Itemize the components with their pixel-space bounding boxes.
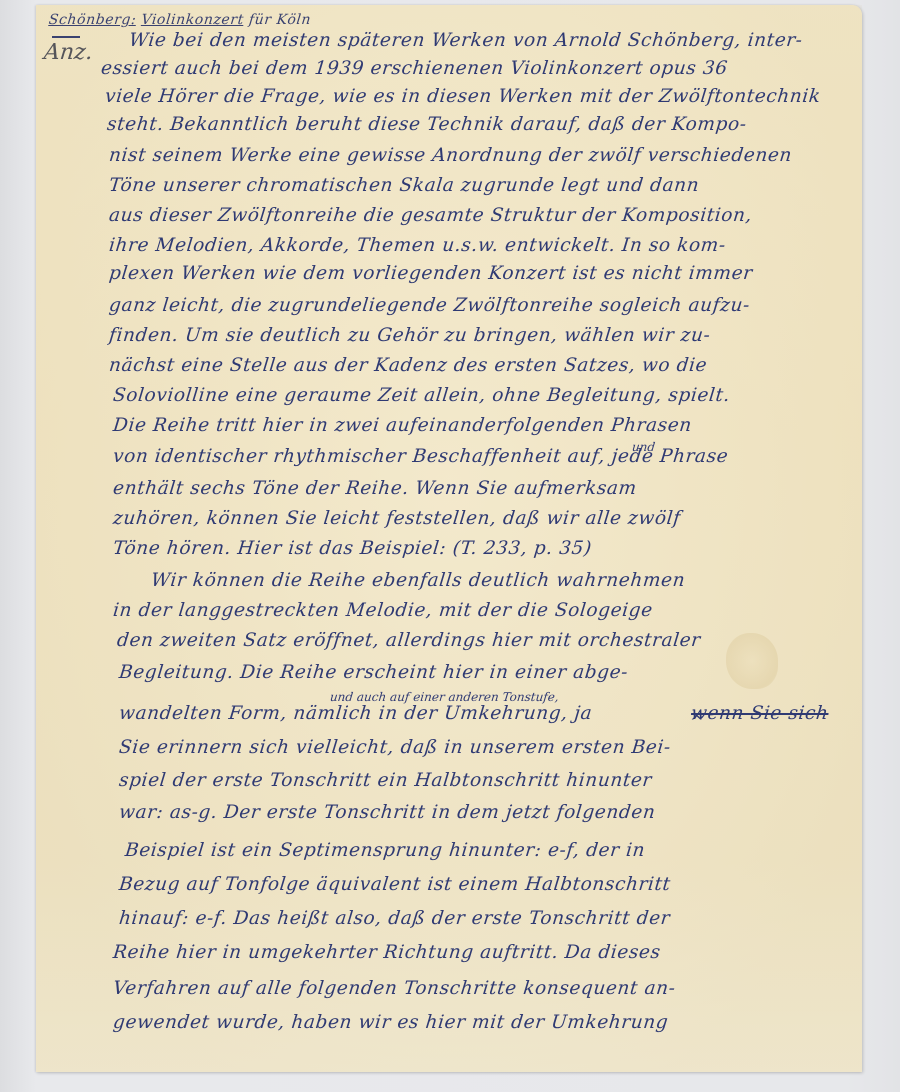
text-line-25: spiel der erste Tonschritt ein Halbtonsc… [118,770,653,791]
text-line-23: wandelten Form, nämlich in der Umkehrung… [118,703,593,724]
heading-rule [52,36,80,38]
text-line-15: von identischer rhythmischer Beschaffenh… [112,446,729,467]
text-line-21: den zweiten Satz eröffnet, allerdings hi… [116,630,702,651]
heading-composer: Schönberg: [48,12,137,28]
text-line-31: Verfahren auf alle folgenden Tonschritte… [112,978,677,999]
heading-destination: für Köln [248,12,312,28]
text-line-20: in der langgestreckten Melodie, mit der … [112,600,654,621]
text-line-30: Reihe hier in umgekehrter Richtung auftr… [112,942,662,963]
text-line-4: steht. Bekanntlich beruht diese Technik … [106,114,748,135]
text-line-27: Beispiel ist ein Septimensprung hinunter… [124,840,646,861]
text-line-28: Bezug auf Tonfolge äquivalent ist einem … [118,874,672,895]
text-line-9: plexen Werken wie dem vorliegenden Konze… [108,263,754,284]
text-line-17: zuhören, können Sie leicht feststellen, … [112,508,682,529]
text-line-18: Töne hören. Hier ist das Beispiel: (T. 2… [112,538,593,559]
text-line-6: Töne unserer chromatischen Skala zugrund… [108,175,700,196]
struck-text: wenn Sie sich [690,703,830,724]
insertion-andere-tonstufe: und auch auf einer anderen Tonstufe, [329,690,559,704]
text-line-19: Wir können die Reihe ebenfalls deutlich … [150,570,686,591]
text-line-2: essiert auch bei dem 1939 erschienenen V… [100,58,729,79]
margin-annotation: Anz. [43,40,94,65]
text-line-5: nist seinem Werke eine gewisse Anordnung… [108,145,793,166]
heading-work: Violinkonzert [141,12,245,28]
text-line-3: viele Hörer die Frage, wie es in diesen … [104,86,822,107]
text-line-1: Wie bei den meisten späteren Werken von … [128,30,804,51]
text-line-22: Begleitung. Die Reihe erscheint hier in … [118,662,629,683]
text-line-13: Soloviolline eine geraume Zeit allein, o… [112,385,731,406]
document-heading: Schönberg: Violinkonzert für Köln [48,12,312,28]
text-line-11: finden. Um sie deutlich zu Gehör zu brin… [108,325,712,346]
insertion-caret-icon: ^ [690,712,703,731]
text-line-29: hinauf: e-f. Das heißt also, daß der ers… [118,908,671,929]
text-line-10: ganz leicht, die zugrundeliegende Zwölft… [108,295,751,316]
water-stain [726,633,778,689]
text-line-24: Sie erinnern sich vielleicht, daß in uns… [118,737,672,758]
text-line-32: gewendet wurde, haben wir es hier mit de… [112,1012,669,1033]
text-line-16: enthält sechs Töne der Reihe. Wenn Sie a… [112,478,638,499]
text-line-12: nächst eine Stelle aus der Kadenz des er… [108,355,708,376]
text-line-8: ihre Melodien, Akkorde, Themen u.s.w. en… [108,235,727,256]
text-line-26: war: as-g. Der erste Tonschritt in dem j… [118,802,657,823]
text-line-14: Die Reihe tritt hier in zwei aufeinander… [112,415,693,436]
text-line-7: aus dieser Zwölftonreihe die gesamte Str… [108,205,753,226]
